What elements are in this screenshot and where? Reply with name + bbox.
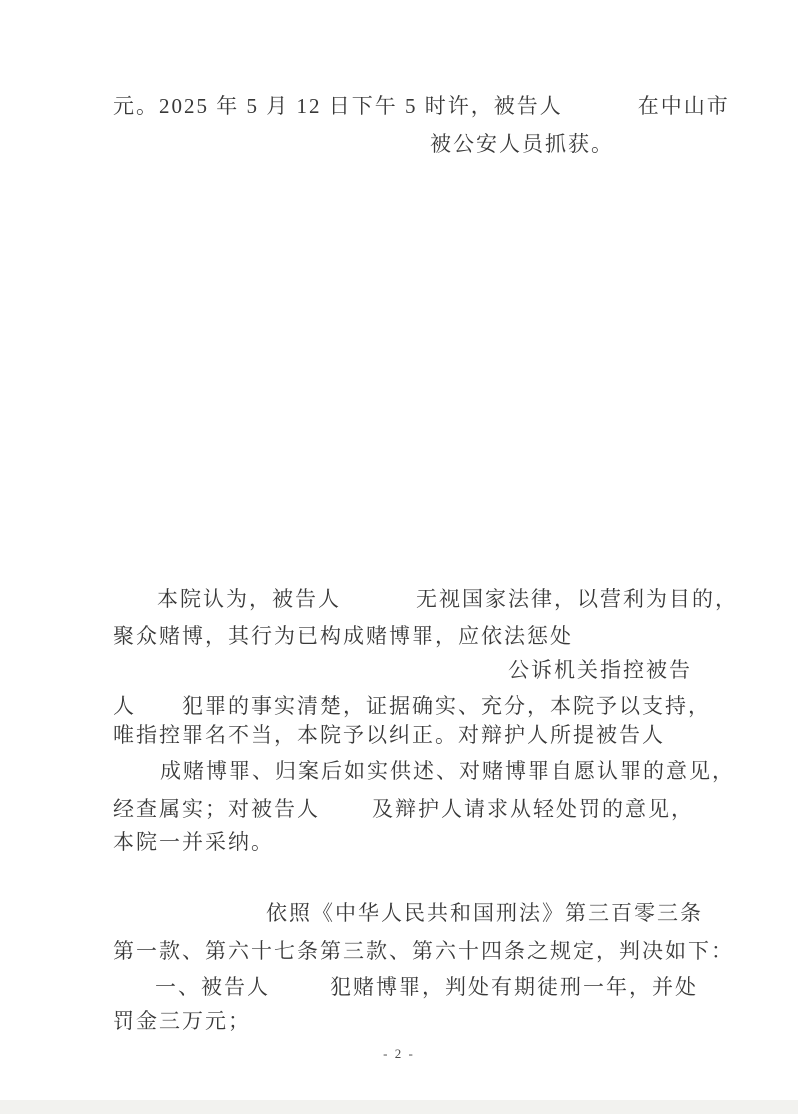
text-line: 聚众赌博，其行为已构成赌博罪，应依法惩处 <box>113 622 573 650</box>
text-line: 第一款、第六十七条第三款、第六十四条之规定，判决如下： <box>113 937 734 965</box>
page-number: - 2 - <box>0 1046 798 1062</box>
judgment-document-page: 元。2025 年 5 月 12 日下午 5 时许，被告人在中山市 被公安人员抓获… <box>0 0 798 1114</box>
text-segment: 在中山市 <box>638 94 730 118</box>
text-segment: 本院一并采纳。 <box>113 830 274 854</box>
redacted-name-gap <box>341 605 416 606</box>
redacted-name-gap <box>270 993 330 994</box>
text-line: 经查属实；对被告人及辩护人请求从轻处罚的意见， <box>113 795 694 823</box>
text-segment: 人 <box>113 694 136 718</box>
bottom-edge-band <box>0 1100 798 1114</box>
text-line: 一、被告人犯赌博罪，判处有期徒刑一年，并处 <box>155 973 698 1001</box>
text-line: 公诉机关指控被告 <box>508 656 692 684</box>
text-line: 被公安人员抓获。 <box>430 130 614 158</box>
text-line: 人犯罪的事实清楚，证据确实、充分，本院予以支持， <box>113 692 711 720</box>
text-line: 依照《中华人民共和国刑法》第三百零三条 <box>266 899 703 927</box>
text-segment: 公诉机关指控被告 <box>508 658 692 682</box>
text-segment: 一、被告人 <box>155 975 270 999</box>
text-segment: 被公安人员抓获。 <box>430 132 614 156</box>
text-line: 本院认为，被告人无视国家法律，以营利为目的， <box>157 585 738 613</box>
text-segment: 无视国家法律，以营利为目的， <box>416 587 738 611</box>
text-line: 唯指控罪名不当，本院予以纠正。对辩护人所提被告人 <box>113 721 665 749</box>
text-segment: 及辩护人请求从轻处罚的意见， <box>372 797 694 821</box>
text-segment: 罚金三万元； <box>113 1009 251 1033</box>
text-segment: 唯指控罪名不当，本院予以纠正。对辩护人所提被告人 <box>113 723 665 747</box>
text-segment: 元。2025 年 5 月 12 日下午 5 时许，被告人 <box>113 94 563 118</box>
redacted-name-gap <box>136 712 182 713</box>
text-segment: 犯赌博罪，判处有期徒刑一年，并处 <box>330 975 698 999</box>
text-line: 元。2025 年 5 月 12 日下午 5 时许，被告人在中山市 <box>113 92 730 120</box>
redacted-name-gap <box>320 815 372 816</box>
text-segment: 本院认为，被告人 <box>157 587 341 611</box>
text-line: 成赌博罪、归案后如实供述、对赌博罪自愿认罪的意见， <box>160 757 735 785</box>
text-segment: 犯罪的事实清楚，证据确实、充分，本院予以支持， <box>182 694 711 718</box>
text-line: 罚金三万元； <box>113 1007 251 1035</box>
text-segment: 经查属实；对被告人 <box>113 797 320 821</box>
redacted-name-gap <box>563 112 638 113</box>
text-segment: 依照《中华人民共和国刑法》第三百零三条 <box>266 901 703 925</box>
text-segment: 成赌博罪、归案后如实供述、对赌博罪自愿认罪的意见， <box>160 759 735 783</box>
text-line: 本院一并采纳。 <box>113 828 274 856</box>
text-segment: 聚众赌博，其行为已构成赌博罪，应依法惩处 <box>113 624 573 648</box>
text-segment: 第一款、第六十七条第三款、第六十四条之规定，判决如下： <box>113 939 734 963</box>
